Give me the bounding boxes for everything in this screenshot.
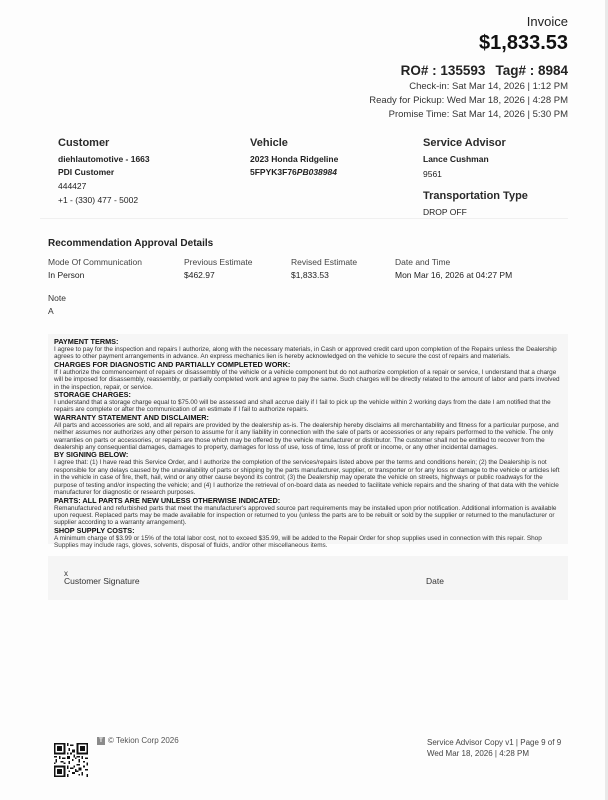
tag-number: Tag# : 8984: [495, 63, 568, 78]
field-value: Mon Mar 16, 2026 at 04:27 PM: [395, 269, 512, 282]
terms-text: I understand that a storage charge equal…: [54, 399, 562, 414]
previous-estimate-field: Previous Estimate $462.97: [184, 256, 253, 282]
service-advisor-name: Lance Cushman: [423, 153, 528, 166]
service-advisor-section: Service Advisor Lance Cushman 9561 Trans…: [423, 136, 528, 219]
vehicle-heading: Vehicle: [250, 136, 338, 150]
ro-number: RO# : 135593: [401, 63, 486, 78]
invoice-amount: $1,833.53: [369, 31, 568, 55]
terms-heading: CHARGES FOR DIAGNOSTIC AND PARTIALLY COM…: [54, 361, 562, 369]
terms-text: If I authorize the commencement of repai…: [54, 369, 562, 391]
printed-timestamp: Wed Mar 18, 2026 | 4:28 PM: [427, 748, 561, 759]
customer-heading: Customer: [58, 136, 150, 150]
invoice-label: Invoice: [369, 14, 568, 30]
field-value: $462.97: [184, 269, 253, 282]
recommendation-fields: Mode Of Communication In Person Previous…: [48, 256, 568, 284]
terms-heading: BY SIGNING BELOW:: [54, 451, 562, 459]
terms-text: I agree to pay for the inspection and re…: [54, 346, 562, 361]
terms-storage-charges: STORAGE CHARGES: I understand that a sto…: [54, 391, 562, 414]
terms-diagnostic-charges: CHARGES FOR DIAGNOSTIC AND PARTIALLY COM…: [54, 361, 562, 391]
tekion-logo-icon: T: [97, 737, 105, 745]
field-label: Previous Estimate: [184, 256, 253, 269]
terms-and-conditions: PAYMENT TERMS: I agree to pay for the in…: [48, 334, 568, 544]
vehicle-vin: 5FPYK3F76PB038984: [250, 166, 338, 179]
terms-payment: PAYMENT TERMS: I agree to pay for the in…: [54, 338, 562, 361]
section-divider: [40, 218, 568, 219]
field-label: Date and Time: [395, 256, 512, 269]
terms-text: All parts and accessories are sold, and …: [54, 422, 562, 452]
customer-section: Customer diehlautomotive - 1663 PDI Cust…: [58, 136, 150, 206]
vin-prefix: 5FPYK3F76: [250, 167, 297, 177]
terms-shop-supply: SHOP SUPPLY COSTS: A minimum charge of $…: [54, 527, 562, 550]
note-label: Note: [48, 292, 568, 305]
note-value: A: [48, 305, 568, 318]
terms-heading: PARTS: ALL PARTS ARE NEW UNLESS OTHERWIS…: [54, 497, 562, 505]
terms-text: Remanufactured and refurbished parts tha…: [54, 505, 562, 527]
date-label: Date: [426, 576, 444, 586]
vehicle-description: 2023 Honda Ridgeline: [250, 153, 338, 166]
customer-id: 444427: [58, 180, 150, 193]
terms-heading: STORAGE CHARGES:: [54, 391, 562, 399]
customer-signature-label: Customer Signature: [64, 576, 140, 586]
service-advisor-id: 9561: [423, 168, 528, 181]
field-label: Mode Of Communication: [48, 256, 142, 269]
terms-warranty: WARRANTY STATEMENT AND DISCLAIMER: All p…: [54, 414, 562, 452]
copyright-text: © Tekion Corp 2026: [108, 736, 179, 745]
revised-estimate-field: Revised Estimate $1,833.53: [291, 256, 357, 282]
terms-parts: PARTS: ALL PARTS ARE NEW UNLESS OTHERWIS…: [54, 497, 562, 527]
customer-phone: +1 - (330) 477 - 5002: [58, 194, 150, 207]
order-identifiers: RO# : 135593Tag# : 8984: [369, 63, 568, 79]
customer-type: PDI Customer: [58, 166, 150, 179]
footer-page-info: Service Advisor Copy v1 | Page 9 of 9 We…: [427, 737, 561, 759]
check-in-time: Check-in: Sat Mar 14, 2026 | 1:12 PM: [369, 80, 568, 93]
ready-for-pickup-time: Ready for Pickup: Wed Mar 18, 2026 | 4:2…: [369, 94, 568, 107]
date-and-time-field: Date and Time Mon Mar 16, 2026 at 04:27 …: [395, 256, 512, 282]
field-value: In Person: [48, 269, 142, 282]
terms-text: A minimum charge of $3.99 or 15% of the …: [54, 535, 562, 550]
customer-name: diehlautomotive - 1663: [58, 153, 150, 166]
terms-heading: SHOP SUPPLY COSTS:: [54, 527, 562, 535]
footer-brand: T © Tekion Corp 2026: [97, 736, 179, 745]
vehicle-section: Vehicle 2023 Honda Ridgeline 5FPYK3F76PB…: [250, 136, 338, 178]
field-label: Revised Estimate: [291, 256, 357, 269]
invoice-page: Invoice $1,833.53 RO# : 135593Tag# : 898…: [0, 0, 608, 800]
terms-heading: WARRANTY STATEMENT AND DISCLAIMER:: [54, 414, 562, 422]
terms-heading: PAYMENT TERMS:: [54, 338, 562, 346]
recommendation-approval-section: Recommendation Approval Details Mode Of …: [48, 237, 568, 318]
terms-text: I agree that: (1) I have read this Servi…: [54, 459, 562, 496]
service-advisor-heading: Service Advisor: [423, 136, 528, 150]
qr-code-icon: [54, 743, 88, 777]
invoice-header: Invoice $1,833.53 RO# : 135593Tag# : 898…: [369, 14, 568, 121]
transportation-heading: Transportation Type: [423, 189, 528, 203]
recommendation-title: Recommendation Approval Details: [48, 237, 568, 250]
transportation-section: Transportation Type DROP OFF: [423, 189, 528, 219]
note-field: Note A: [48, 292, 568, 318]
transportation-value: DROP OFF: [423, 206, 528, 219]
vin-suffix: PB038984: [297, 167, 337, 177]
mode-of-communication-field: Mode Of Communication In Person: [48, 256, 142, 282]
field-value: $1,833.53: [291, 269, 357, 282]
promise-time: Promise Time: Sat Mar 14, 2026 | 5:30 PM: [369, 108, 568, 121]
copy-info: Service Advisor Copy v1 | Page 9 of 9: [427, 737, 561, 748]
terms-signing: BY SIGNING BELOW: I agree that: (1) I ha…: [54, 451, 562, 496]
